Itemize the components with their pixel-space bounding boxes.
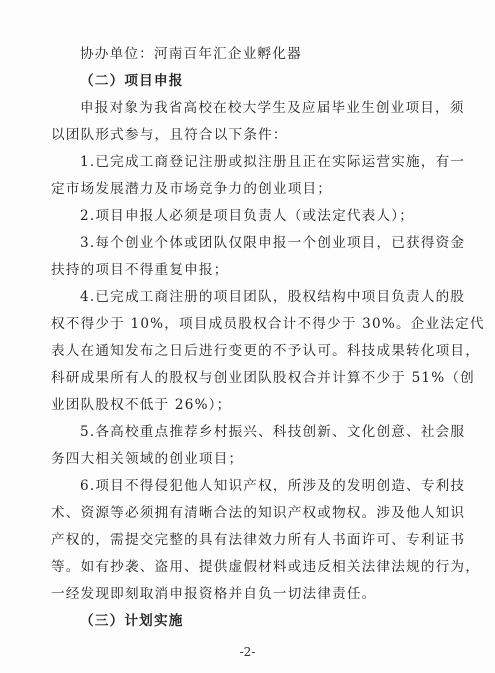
list-item-6-line: 一经发现即刻取消申报资格并自负一切法律责任。 [51, 584, 451, 604]
list-item-6-line: 术、资源等必须拥有清晰合法的知识产权或物权。涉及他人知识 [51, 503, 451, 523]
list-item-4-line: 4.已完成工商注册的项目团队，股权结构中项目负责人的股 [80, 287, 480, 307]
paragraph-line: 申报对象为我省高校在校大学生及应届毕业生创业项目，须 [80, 98, 480, 118]
list-item-6-line: 6.项目不得侵犯他人知识产权，所涉及的发明创造、专利技 [80, 476, 480, 496]
list-item-6-line: 产权的，需提交完整的具有法律效力所有人书面许可、专利证书 [51, 530, 451, 550]
list-item-4-line: 科研成果所有人的股权与创业团队股权合并计算不少于 51%（创 [51, 368, 451, 388]
page-number: -2- [0, 645, 495, 659]
list-item-3-line: 扶持的项目不得重复申报； [51, 260, 451, 280]
section-heading-project-application: （二）项目申报 [80, 71, 480, 91]
paragraph-line: 以团队形式参与，且符合以下条件： [51, 125, 451, 145]
co-organizer-line: 协办单位：河南百年汇企业孵化器 [80, 44, 480, 64]
list-item-4-line: 权不得少于 10%，项目成员股权合计不得少于 30%。企业法定代 [51, 314, 451, 334]
section-heading-plan-implementation: （三）计划实施 [80, 611, 480, 631]
list-item-4-line: 表人在通知发布之日后进行变更的不予认可。科技成果转化项目， [51, 341, 451, 361]
list-item-3-line: 3.每个创业个体或团队仅限申报一个创业项目，已获得资金 [80, 233, 480, 253]
document-page: 协办单位：河南百年汇企业孵化器 （二）项目申报 申报对象为我省高校在校大学生及应… [0, 0, 495, 673]
list-item-5-line: 5.各高校重点推荐乡村振兴、科技创新、文化创意、社会服 [80, 422, 480, 442]
list-item-6-line: 等。如有抄袭、盗用、提供虚假材料或违反相关法律法规的行为， [51, 557, 451, 577]
list-item-4-line: 业团队股权不低于 26%）； [51, 395, 451, 415]
list-item-1-line: 定市场发展潜力及市场竞争力的创业项目； [51, 179, 451, 199]
list-item-5-line: 务四大相关领域的创业项目； [51, 449, 451, 469]
list-item-1-line: 1.已完成工商登记注册或拟注册且正在实际运营实施，有一 [80, 152, 480, 172]
list-item-2-line: 2.项目申报人必须是项目负责人（或法定代表人）； [80, 206, 480, 226]
